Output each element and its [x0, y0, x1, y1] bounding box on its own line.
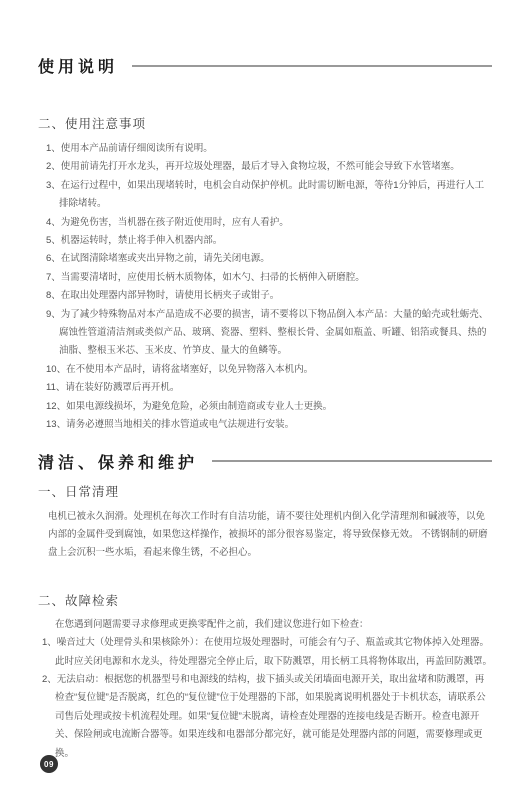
note-item-7: 7、当需要清堵时，应使用长柄木质物体，如木勺、扫帚的长柄伸入研磨腔。: [46, 269, 492, 287]
daily-cleaning-text: 电机已被永久润滑。处理机在每次工作时有自洁功能，请不要往处理机内倒入化学清理剂和…: [48, 508, 492, 563]
maintenance-title-rule: [212, 460, 492, 462]
page-number-badge: 09: [40, 755, 58, 773]
trouble-item-2: 2、无法启动：根据您的机器型号和电源线的结构，拔下插头或关闭墙面电源开关，取出盆…: [42, 671, 492, 763]
daily-cleaning-heading: 一、日常清理: [38, 482, 492, 500]
usage-notes-heading: 二、使用注意事项: [38, 114, 492, 132]
note-item-8: 8、在取出处理器内部异物时，请使用长柄夹子或钳子。: [46, 287, 492, 305]
maintenance-title-row: 清洁、保养和维护: [38, 450, 492, 473]
usage-section: 使用说明 二、使用注意事项 1、使用本产品前请仔细阅读所有说明。 2、使用前请先…: [38, 54, 492, 435]
usage-title-rule: [132, 65, 492, 67]
note-item-4: 4、为避免伤害，当机器在孩子附近使用时，应有人看护。: [46, 214, 492, 232]
troubleshooting-intro: 在您遇到问题需要寻求修理或更换零配件之前，我们建议您进行如下检查：: [55, 616, 492, 634]
note-item-13: 13、请务必遵照当地相关的排水管道或电气法规进行安装。: [46, 416, 492, 434]
note-item-5: 5、机器运转时，禁止将手伸入机器内部。: [46, 232, 492, 250]
usage-notes-list: 1、使用本产品前请仔细阅读所有说明。 2、使用前请先打开水龙头，再开垃圾处理器，…: [46, 140, 492, 435]
maintenance-section: 清洁、保养和维护 一、日常清理 电机已被永久润滑。处理机在每次工作时有自洁功能，…: [38, 450, 492, 763]
note-item-12: 12、如果电源线损坏，为避免危险，必须由制造商或专业人士更换。: [46, 398, 492, 416]
troubleshooting-list: 1、噪音过大（处理骨头和果核除外）：在使用垃圾处理器时，可能会有勺子、瓶盖或其它…: [42, 634, 492, 763]
manual-page: 使用说明 二、使用注意事项 1、使用本产品前请仔细阅读所有说明。 2、使用前请先…: [0, 0, 521, 785]
note-item-10: 10、在不使用本产品时，请将盆堵塞好，以免异物落入本机内。: [46, 361, 492, 379]
note-item-9: 9、为了减少特殊物品对本产品造成不必要的损害，请不要将以下物品倒入本产品：大量的…: [46, 306, 492, 361]
note-item-6: 6、在试图清除堵塞或夹出异物之前，请先关闭电源。: [46, 250, 492, 268]
trouble-item-1: 1、噪音过大（处理骨头和果核除外）：在使用垃圾处理器时，可能会有勺子、瓶盖或其它…: [42, 634, 492, 671]
usage-title: 使用说明: [38, 54, 118, 77]
troubleshooting-heading: 二、故障检索: [38, 591, 492, 609]
page-number: 09: [44, 760, 54, 769]
note-item-1: 1、使用本产品前请仔细阅读所有说明。: [46, 140, 492, 158]
usage-title-row: 使用说明: [38, 54, 492, 77]
note-item-2: 2、使用前请先打开水龙头，再开垃圾处理器，最后才导入食物垃圾，不然可能会导致下水…: [46, 158, 492, 176]
note-item-3: 3、在运行过程中，如果出现堵转时，电机会自动保护停机。此时需切断电源，等待1分钟…: [46, 177, 492, 214]
note-item-11: 11、请在装好防溅罩后再开机。: [46, 379, 492, 397]
maintenance-title: 清洁、保养和维护: [38, 450, 198, 473]
